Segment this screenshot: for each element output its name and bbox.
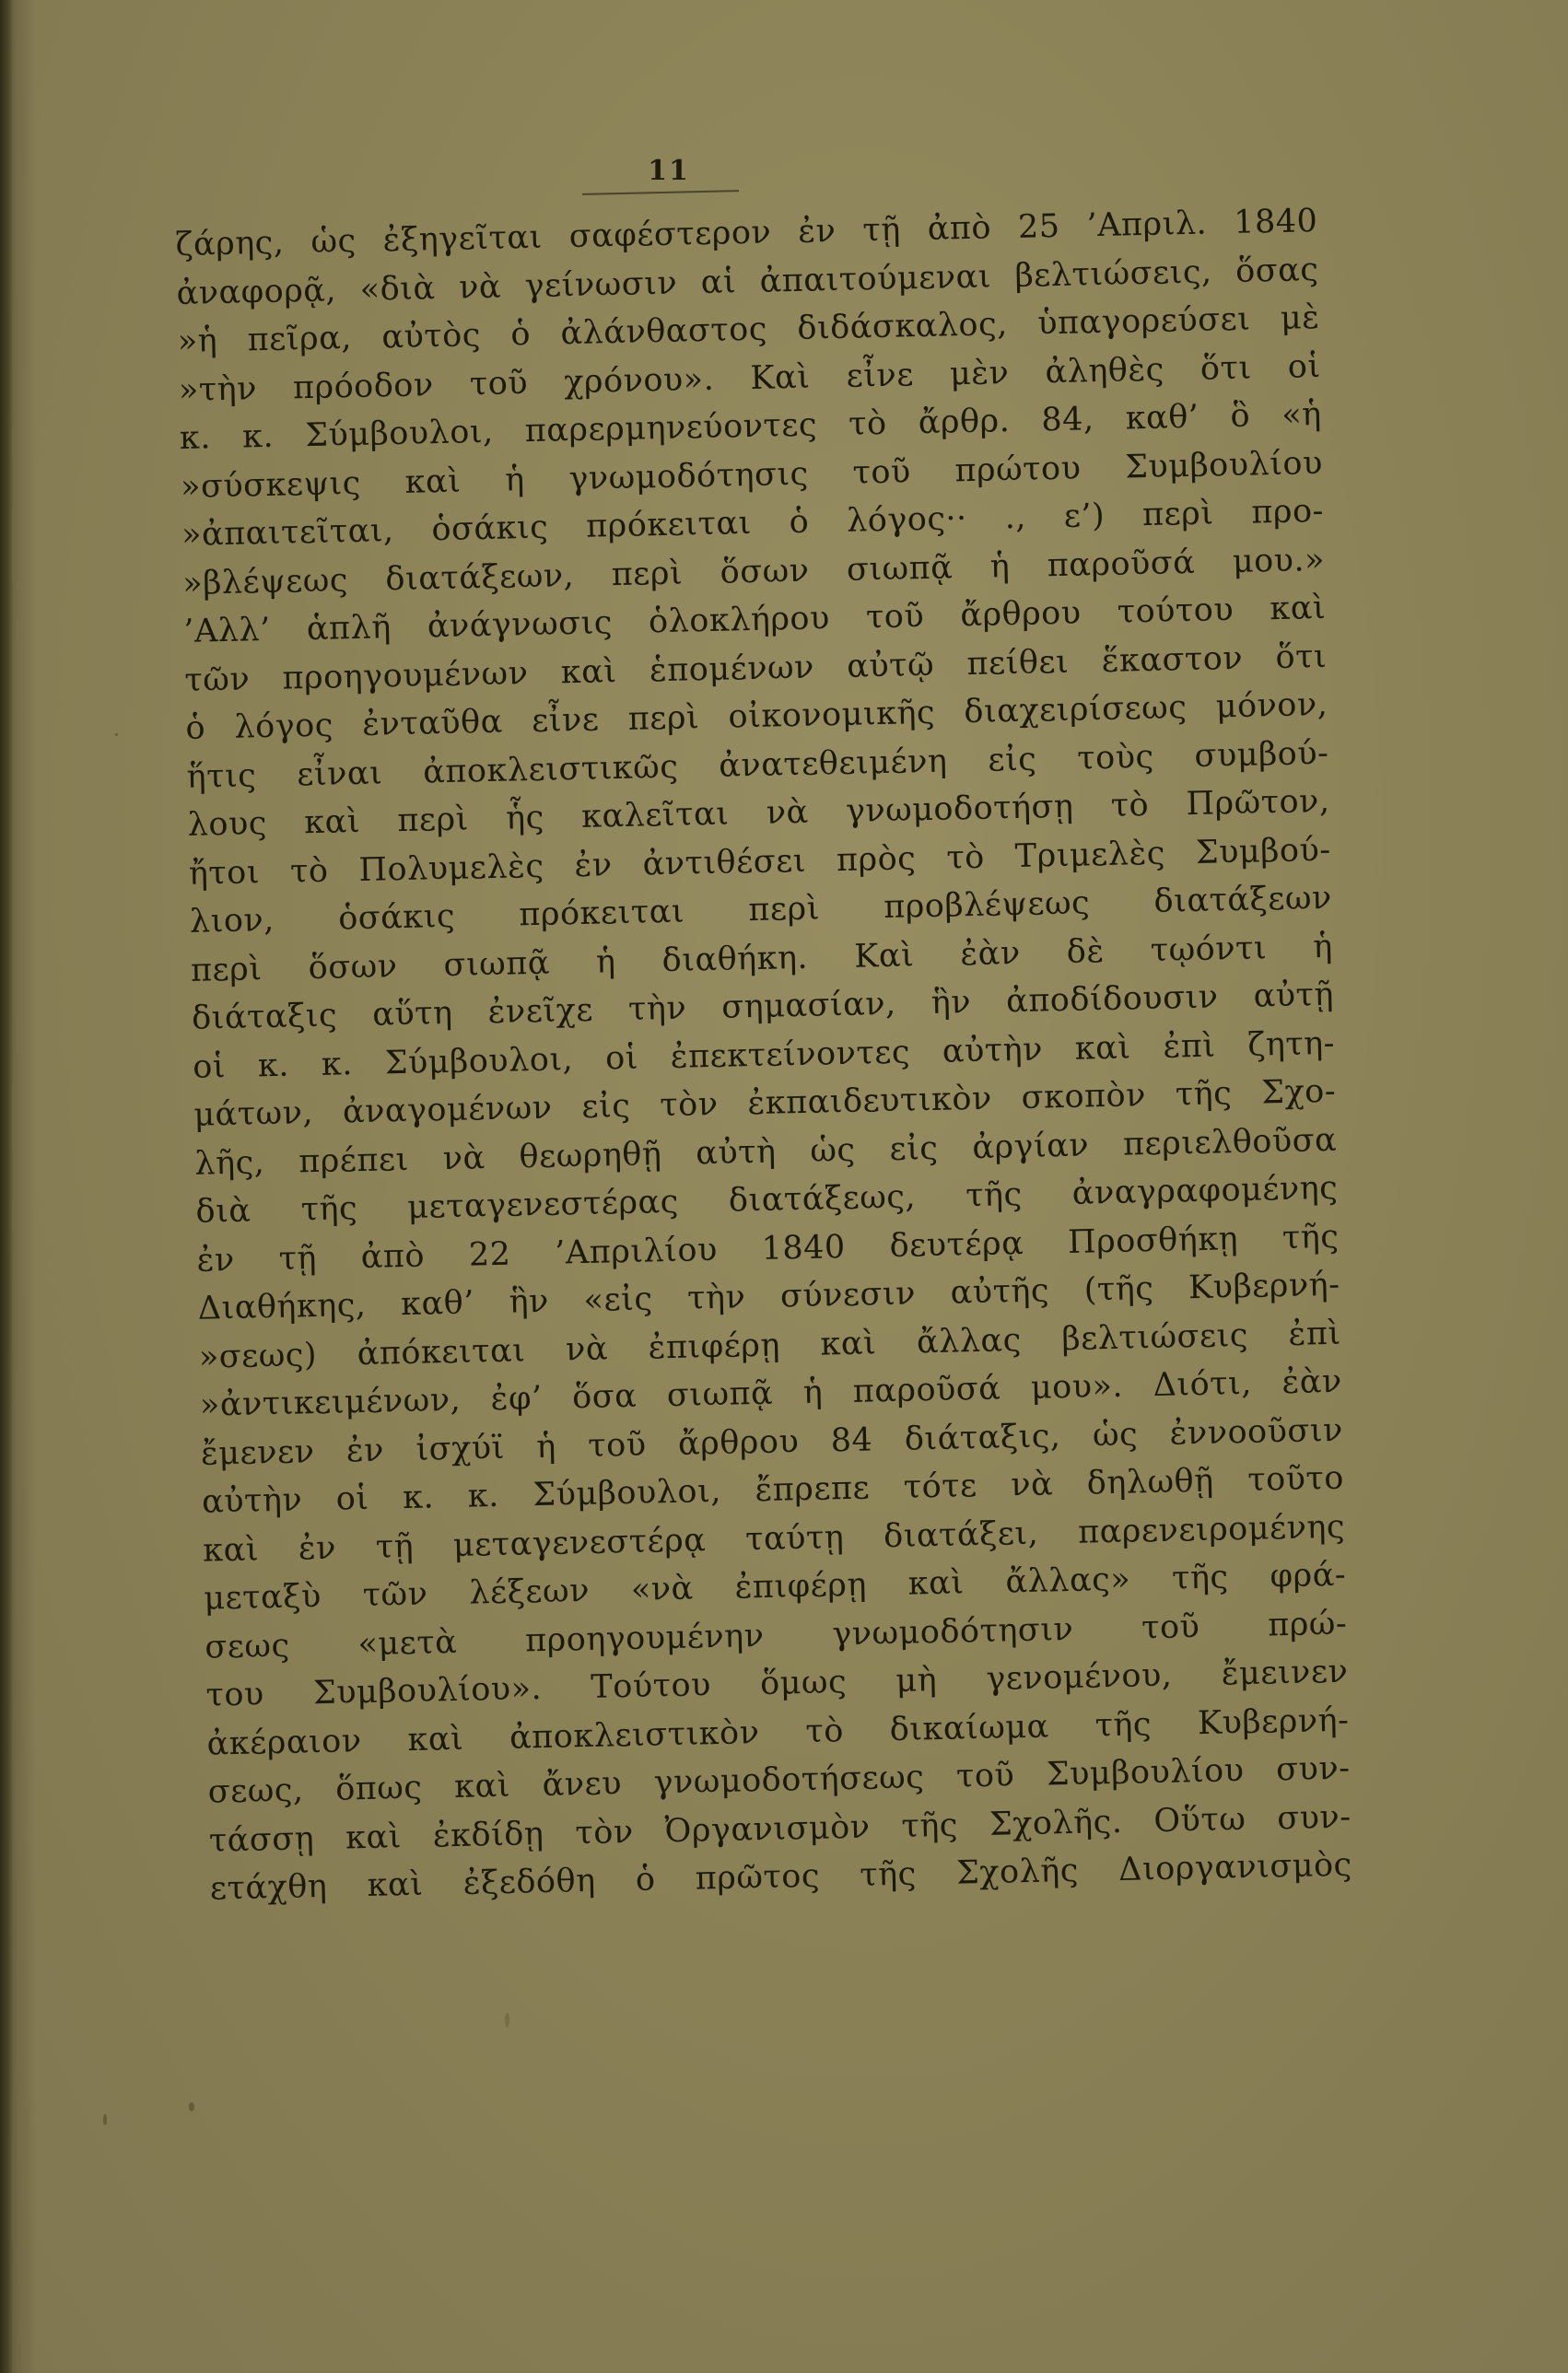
scanned-page: 11 ζάρης, ὡς ἐξηγεῖται σαφέστερον ἐν τῇ … xyxy=(0,0,1568,2373)
paper-speck xyxy=(189,2102,194,2111)
header-rule xyxy=(582,190,739,195)
body-text: ζάρης, ὡς ἐξηγεῖται σαφέστερον ἐν τῇ ἀπὸ… xyxy=(175,197,1352,1913)
paper-speck xyxy=(103,2114,107,2125)
paper-speck xyxy=(505,2013,509,2028)
page-number: 11 xyxy=(0,155,1338,187)
paper-speck xyxy=(7,1405,10,1408)
paper-speck xyxy=(115,733,118,736)
binding-edge-shadow xyxy=(0,0,13,2373)
